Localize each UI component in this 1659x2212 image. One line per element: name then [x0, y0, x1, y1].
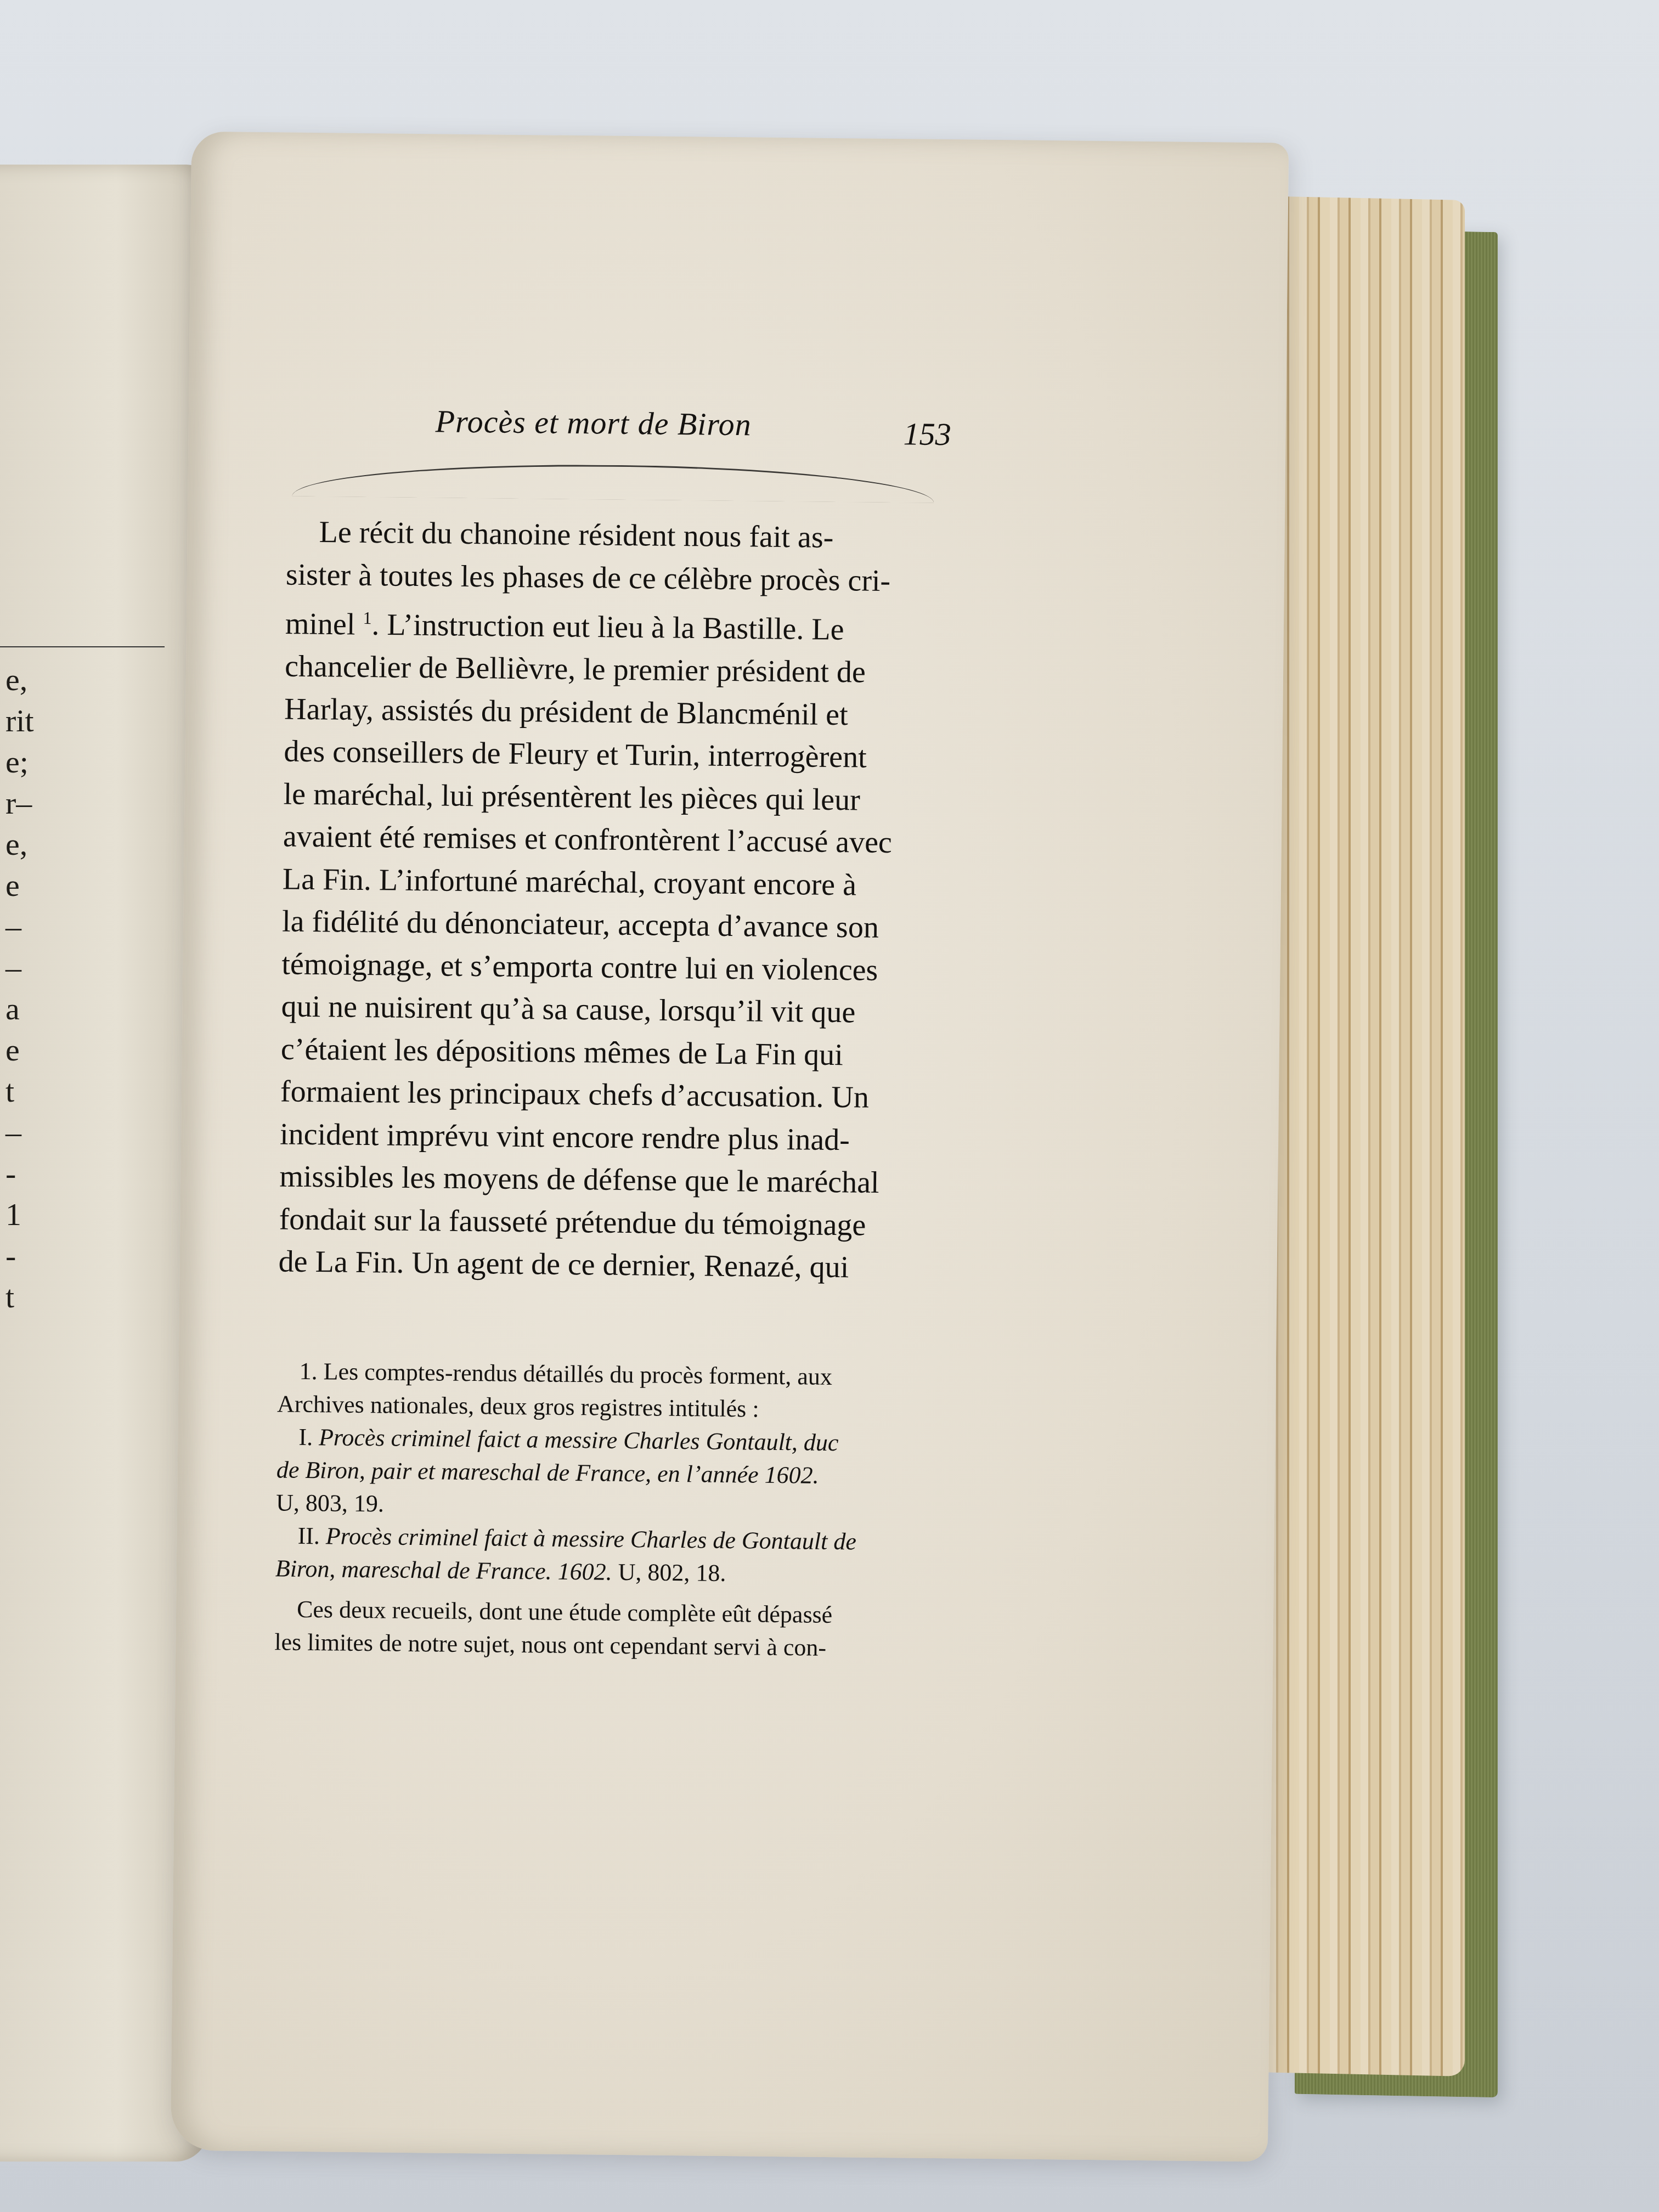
- body-line: missibles les moyens de défense que le m…: [279, 1156, 955, 1205]
- left-line-fragment: rit: [5, 705, 55, 737]
- page-text-block: Procès et mort de Biron 153 Le récit du …: [274, 401, 962, 1665]
- left-line-fragment: -: [5, 1158, 55, 1189]
- body-line: qui ne nuisirent qu’à sa cause, lorsqu’i…: [281, 986, 956, 1035]
- left-line-fragment: a: [5, 993, 55, 1025]
- left-line-fragment: e,: [5, 664, 55, 696]
- left-page-header-rule: [0, 646, 165, 647]
- left-line-fragment: e: [5, 870, 55, 901]
- body-line: minel 1. L’instruction eut lieu à la Bas…: [285, 596, 961, 652]
- photo-scene: e, rit e; r– e, e – – a e t – - 1 - t Pr…: [0, 0, 1659, 2212]
- body-line: témoignage, et s’emporta contre lui en v…: [281, 943, 957, 992]
- footnote-line: les limites de notre sujet, nous ont cep…: [274, 1626, 950, 1666]
- left-line-fragment: e,: [5, 828, 55, 860]
- footnote-item-title: Biron, mareschal de France. 1602.: [275, 1555, 612, 1585]
- body-line-rest: . L’instruction eut lieu à la Bastille. …: [371, 608, 844, 647]
- body-line-start: minel: [285, 607, 363, 641]
- running-head: Procès et mort de Biron 153: [287, 401, 962, 458]
- left-line-fragment: –: [5, 1116, 55, 1148]
- left-line-fragment: –: [5, 911, 55, 943]
- body-line: chancelier de Bellièvre, le premier prés…: [285, 646, 960, 695]
- body-line: La Fin. L’infortuné maréchal, croyant en…: [283, 858, 958, 907]
- body-line: fondait sur la fausseté prétendue du tém…: [279, 1198, 954, 1248]
- left-line-fragment: 1: [5, 1199, 55, 1231]
- left-line-fragment: -: [5, 1240, 55, 1272]
- running-head-title: Procès et mort de Biron: [435, 403, 752, 443]
- footnote-item-label: II.: [297, 1522, 326, 1549]
- footnote-block: 1. Les comptes-rendus détaillés du procè…: [274, 1355, 952, 1666]
- body-line: incident imprévu vint encore rendre plus…: [280, 1113, 955, 1163]
- footnote-archive-ref: U, 802, 18.: [612, 1558, 726, 1586]
- body-paragraph: Le récit du chanoine résident nous fait …: [278, 511, 961, 1290]
- left-line-fragment: e: [5, 1034, 55, 1066]
- right-page: Procès et mort de Biron 153 Le récit du …: [171, 132, 1289, 2162]
- body-line: Harlay, assistés du président de Blancmé…: [284, 688, 960, 737]
- body-line: de La Fin. Un agent de ce dernier, Renaz…: [278, 1241, 953, 1290]
- footnote-item-label: I.: [298, 1423, 319, 1450]
- page-number: 153: [903, 415, 951, 453]
- body-line: formaient les principaux chefs d’accusat…: [280, 1071, 956, 1120]
- body-line: c’étaient les dépositions mêmes de La Fi…: [280, 1028, 956, 1077]
- body-line: sister à toutes les phases de ce célèbre…: [285, 554, 961, 603]
- body-line: des conseillers de Fleury et Turin, inte…: [284, 731, 959, 780]
- left-line-fragment: t: [5, 1075, 55, 1107]
- left-line-fragment: e;: [5, 746, 55, 778]
- footnote-item-title: Procès criminel faict à messire Charles …: [326, 1522, 857, 1555]
- left-line-fragment: t: [5, 1281, 55, 1313]
- footnote-ref: 1: [363, 608, 371, 628]
- left-line-fragment: –: [5, 952, 55, 984]
- body-line: Le récit du chanoine résident nous fait …: [286, 511, 961, 560]
- body-line: le maréchal, lui présentèrent les pièces…: [283, 773, 958, 822]
- left-line-fragment: r–: [5, 787, 55, 819]
- body-line: la fidélité du dénonciateur, accepta d’a…: [282, 901, 957, 950]
- footnote-item-title: Procès criminel faict a messire Charles …: [319, 1424, 839, 1456]
- running-head-rule: [292, 462, 934, 503]
- body-line: avaient été remises et confrontèrent l’a…: [283, 816, 958, 865]
